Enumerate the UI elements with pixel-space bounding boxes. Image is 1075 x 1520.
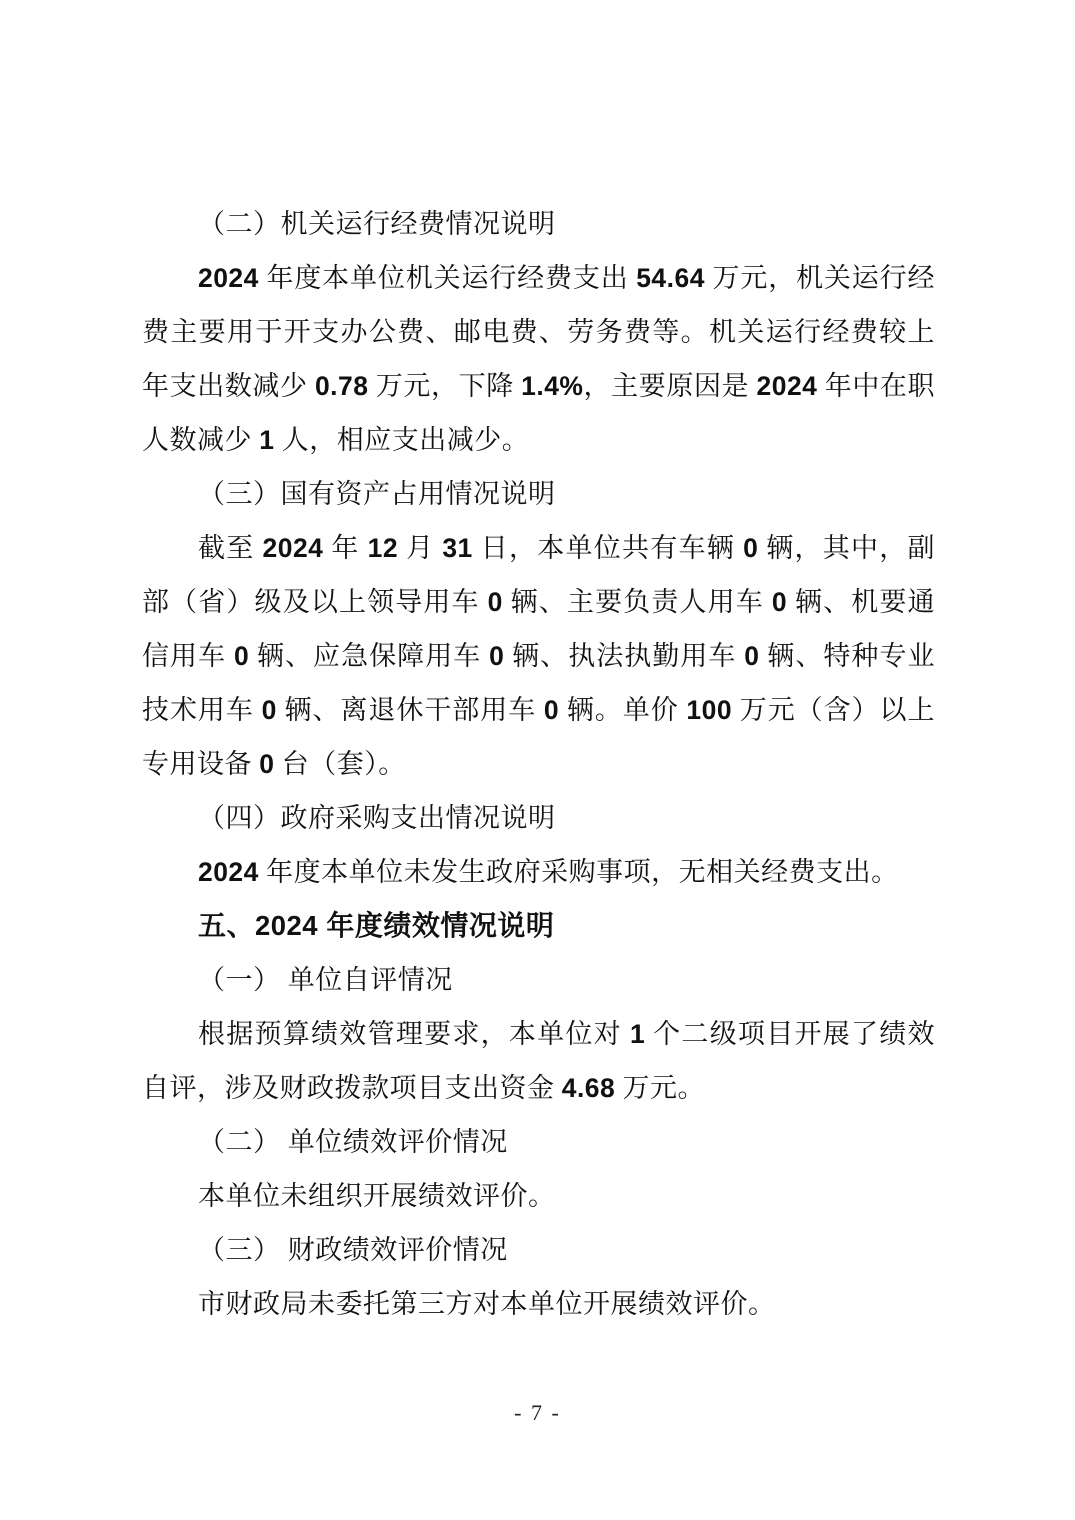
text-run: 辆、主要负责人用车 xyxy=(503,587,772,617)
numeric-value: 2024 xyxy=(255,910,318,941)
numeric-value: 100 xyxy=(686,695,732,725)
text-line: 技术用车 0 辆、离退休干部用车 0 辆。单价 100 万元（含）以上 xyxy=(142,683,935,737)
text-run: 万元，下降 xyxy=(368,371,521,401)
numeric-value: 0.78 xyxy=(315,371,369,401)
numeric-value: 0 xyxy=(772,587,787,617)
page-number: - 7 - xyxy=(514,1400,561,1425)
text-run: 辆。单价 xyxy=(559,695,686,725)
text-run: 辆、离退休干部用车 xyxy=(277,695,544,725)
text-run: 市财政局未委托第三方对本单位开展绩效评价。 xyxy=(198,1289,776,1319)
text-line: 人数减少 1 人，相应支出减少。 xyxy=(142,413,935,467)
text-run: 截至 xyxy=(198,533,263,563)
text-line: （三） 财政绩效评价情况 xyxy=(142,1223,935,1277)
text-line: 市财政局未委托第三方对本单位开展绩效评价。 xyxy=(142,1277,935,1331)
text-line: 2024 年度本单位机关运行经费支出 54.64 万元，机关运行经 xyxy=(142,251,935,305)
text-run: （四）政府采购支出情况说明 xyxy=(198,803,556,833)
text-run: 部（省）级及以上领导用车 xyxy=(142,587,488,617)
text-run: 年度绩效情况说明 xyxy=(318,910,554,941)
text-run: 人数减少 xyxy=(142,425,259,455)
numeric-value: 4.68 xyxy=(562,1073,616,1103)
text-run: 万元（含）以上 xyxy=(732,695,935,725)
text-run: （三） 财政绩效评价情况 xyxy=(198,1235,508,1265)
text-run: 万元，机关运行经 xyxy=(705,263,935,293)
text-line: （三）国有资产占用情况说明 xyxy=(142,467,935,521)
text-run: 专用设备 xyxy=(142,749,259,779)
numeric-value: 2024 xyxy=(198,857,259,887)
numeric-value: 1.4% xyxy=(521,371,583,401)
text-line: 专用设备 0 台（套）。 xyxy=(142,737,935,791)
numeric-value: 31 xyxy=(442,533,472,563)
text-line: 自评，涉及财政拨款项目支出资金 4.68 万元。 xyxy=(142,1061,935,1115)
text-run: 个二级项目开展了绩效 xyxy=(645,1019,935,1049)
numeric-value: 0 xyxy=(743,533,758,563)
text-run: 人，相应支出减少。 xyxy=(274,425,529,455)
text-run: 辆、机要通 xyxy=(787,587,935,617)
text-run: 年中在职 xyxy=(817,371,935,401)
numeric-value: 0 xyxy=(262,695,277,725)
text-run: 辆、特种专业 xyxy=(760,641,936,671)
numeric-value: 2024 xyxy=(263,533,324,563)
page-footer: - 7 - xyxy=(0,1400,1075,1426)
numeric-value: 0 xyxy=(488,587,503,617)
numeric-value: 1 xyxy=(630,1019,645,1049)
text-run: 年 xyxy=(323,533,367,563)
text-run: 月 xyxy=(398,533,442,563)
text-run: 辆、执法执勤用车 xyxy=(504,641,744,671)
numeric-value: 1 xyxy=(259,425,274,455)
text-run: 万元。 xyxy=(615,1073,705,1103)
document-page: （二）机关运行经费情况说明2024 年度本单位机关运行经费支出 54.64 万元… xyxy=(0,0,1075,1520)
text-line: 年支出数减少 0.78 万元，下降 1.4%，主要原因是 2024 年中在职 xyxy=(142,359,935,413)
text-line: 根据预算绩效管理要求，本单位对 1 个二级项目开展了绩效 xyxy=(142,1007,935,1061)
document-body: （二）机关运行经费情况说明2024 年度本单位机关运行经费支出 54.64 万元… xyxy=(142,197,935,1331)
numeric-value: 2024 xyxy=(198,263,259,293)
text-run: （三）国有资产占用情况说明 xyxy=(198,479,556,509)
text-run: （二）机关运行经费情况说明 xyxy=(198,209,556,239)
text-run: 技术用车 xyxy=(142,695,262,725)
numeric-value: 0 xyxy=(544,695,559,725)
text-line: （二） 单位绩效评价情况 xyxy=(142,1115,935,1169)
text-run: 年度本单位未发生政府采购事项，无相关经费支出。 xyxy=(259,857,899,887)
text-run: 根据预算绩效管理要求，本单位对 xyxy=(198,1019,630,1049)
text-run: 自评，涉及财政拨款项目支出资金 xyxy=(142,1073,562,1103)
text-line: 本单位未组织开展绩效评价。 xyxy=(142,1169,935,1223)
numeric-value: 54.64 xyxy=(636,263,705,293)
text-run: 本单位未组织开展绩效评价。 xyxy=(198,1181,556,1211)
text-run: 日，本单位共有车辆 xyxy=(473,533,743,563)
text-line: （四）政府采购支出情况说明 xyxy=(142,791,935,845)
numeric-value: 0 xyxy=(744,641,759,671)
numeric-value: 0 xyxy=(489,641,504,671)
text-line: （一） 单位自评情况 xyxy=(142,953,935,1007)
text-run: 辆，其中，副 xyxy=(758,533,935,563)
text-run: 台（套）。 xyxy=(274,749,405,779)
text-run: 辆、应急保障用车 xyxy=(249,641,489,671)
text-line: 截至 2024 年 12 月 31 日，本单位共有车辆 0 辆，其中，副 xyxy=(142,521,935,575)
section-heading: 五、2024 年度绩效情况说明 xyxy=(142,899,935,953)
numeric-value: 2024 xyxy=(757,371,818,401)
text-run: （一） 单位自评情况 xyxy=(198,965,453,995)
text-run: （二） 单位绩效评价情况 xyxy=(198,1127,508,1157)
text-line: 费主要用于开支办公费、邮电费、劳务费等。机关运行经费较上 xyxy=(142,305,935,359)
text-run: 信用车 xyxy=(142,641,234,671)
numeric-value: 0 xyxy=(259,749,274,779)
text-run: 年支出数减少 xyxy=(142,371,315,401)
text-line: 部（省）级及以上领导用车 0 辆、主要负责人用车 0 辆、机要通 xyxy=(142,575,935,629)
text-run: 费主要用于开支办公费、邮电费、劳务费等。机关运行经费较上 xyxy=(142,317,935,347)
text-run: ，主要原因是 xyxy=(583,371,756,401)
text-line: （二）机关运行经费情况说明 xyxy=(142,197,935,251)
numeric-value: 12 xyxy=(368,533,398,563)
text-line: 2024 年度本单位未发生政府采购事项，无相关经费支出。 xyxy=(142,845,935,899)
text-line: 信用车 0 辆、应急保障用车 0 辆、执法执勤用车 0 辆、特种专业 xyxy=(142,629,935,683)
text-run: 五、 xyxy=(198,910,255,941)
numeric-value: 0 xyxy=(234,641,249,671)
text-run: 年度本单位机关运行经费支出 xyxy=(259,263,636,293)
